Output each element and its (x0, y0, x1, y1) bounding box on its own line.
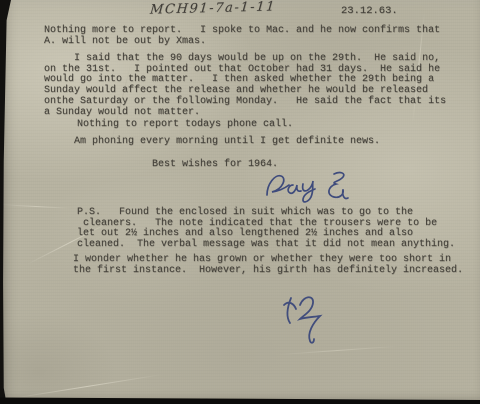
final-paragraph: I wonder whether he has grown or whether… (73, 255, 463, 276)
signature: Ray E (264, 170, 366, 210)
document-scan: MCH91-7a-1-11 23.12.63. Nothing more to … (0, 0, 480, 404)
initials-ink-stroke (280, 291, 335, 356)
date: 23.12.63. (341, 6, 398, 17)
paragraph-report: Nothing more to report. I spoke to Mac. … (44, 26, 440, 47)
line-phone-call: Nothing to report todays phone call. (77, 120, 293, 131)
initials-mark: RE (280, 291, 335, 356)
paragraph-ninety-days: I said that the 90 days would be up on t… (44, 54, 446, 118)
ps-paragraph: P.S. Found the enclosed in suit which wa… (77, 208, 455, 251)
signature-ink-stroke (264, 170, 366, 210)
line-phoning: Am phoning every morning until I get def… (74, 137, 380, 148)
closing-line: Best wishes for 1964. (152, 160, 278, 171)
